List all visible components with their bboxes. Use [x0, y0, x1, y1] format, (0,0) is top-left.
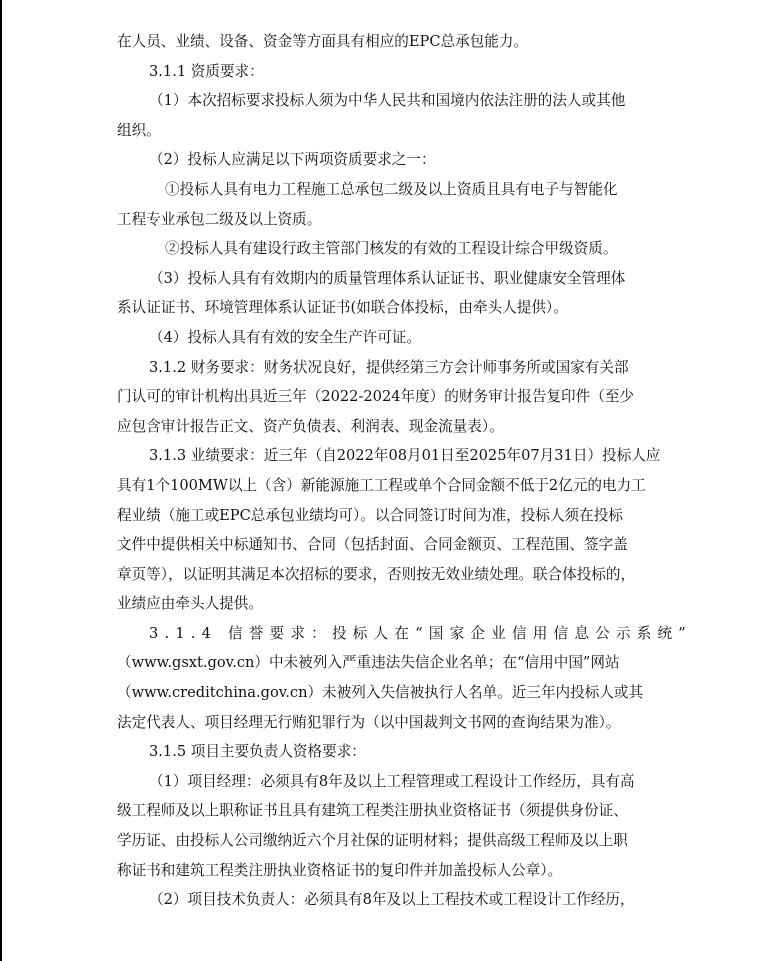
text-line: ②投标人具有建设行政主管部门核发的有效的工程设计综合甲级资质。 [117, 234, 653, 264]
text-line: 业绩应由牵头人提供。 [117, 589, 653, 619]
document-page: 在人员、业绩、设备、资金等方面具有相应的EPC总承包能力。 3.1.1 资质要求… [117, 27, 653, 915]
text-line: 系认证证书、环境管理体系认证证书(如联合体投标，由牵头人提供）。 [117, 293, 653, 323]
text-line: 工程专业承包二级及以上资质。 [117, 205, 653, 235]
text-line: （2）项目技术负责人：必须具有8年及以上工程技术或工程设计工作经历， [117, 885, 653, 915]
text-line: （3）投标人具有有效期内的质量管理体系认证证书、职业健康安全管理体 [117, 264, 653, 294]
text-line: 称证书和建筑工程类注册执业资格证书的复印件并加盖投标人公章）。 [117, 856, 653, 886]
text-line: （1）项目经理：必须具有8年及以上工程管理或工程设计工作经历，具有高 [117, 767, 653, 797]
section-heading-3-1-2: 3.1.2 财务要求：财务状况良好，提供经第三方会计师事务所或国家有关部 [117, 353, 653, 383]
text-line: 具有1个100MW以上（含）新能源施工工程或单个合同金额不低于2亿元的电力工 [117, 471, 653, 501]
text-line: （1）本次招标要求投标人须为中华人民共和国境内依法注册的法人或其他 [117, 86, 653, 116]
text-line: （www.gsxt.gov.cn）中未被列入严重违法失信企业名单；在“信用中国”… [117, 648, 653, 678]
text-line: 文件中提供相关中标通知书、合同（包括封面、合同金额页、工程范围、签字盖 [117, 530, 653, 560]
text-line: 章页等），以证明其满足本次招标的要求，否则按无效业绩处理。联合体投标的， [117, 560, 653, 590]
text-line: 法定代表人、项目经理无行贿犯罪行为（以中国裁判文书网的查询结果为准）。 [117, 708, 653, 738]
text-line: 门认可的审计机构出具近三年（2022-2024年度）的财务审计报告复印件（至少 [117, 382, 653, 412]
text-line: 学历证、由投标人公司缴纳近六个月社保的证明材料；提供高级工程师及以上职 [117, 826, 653, 856]
text-line: 程业绩（施工或EPC总承包业绩均可）。以合同签订时间为准，投标人须在投标 [117, 501, 653, 531]
text-line: 应包含审计报告正文、资产负债表、利润表、现金流量表）。 [117, 412, 653, 442]
text-line: （www.creditchina.gov.cn）未被列入失信被执行人名单。近三年… [117, 678, 653, 708]
text-line: （2）投标人应满足以下两项资质要求之一： [117, 145, 653, 175]
section-heading-3-1-3: 3.1.3 业绩要求：近三年（自2022年08月01日至2025年07月31日）… [117, 441, 653, 471]
section-heading-3-1-1: 3.1.1 资质要求： [117, 57, 653, 87]
text-line: 在人员、业绩、设备、资金等方面具有相应的EPC总承包能力。 [117, 27, 653, 57]
section-heading-3-1-4: 3.1.4 信誉要求：投标人在“国家企业信用信息公示系统” [117, 619, 653, 649]
section-heading-3-1-5: 3.1.5 项目主要负责人资格要求： [117, 737, 653, 767]
text-line: 级工程师及以上职称证书且具有建筑工程类注册执业资格证书（须提供身份证、 [117, 796, 653, 826]
page-left-border [0, 0, 2, 961]
text-line: 组织。 [117, 116, 653, 146]
text-line: （4）投标人具有有效的安全生产许可证。 [117, 323, 653, 353]
text-line: ①投标人具有电力工程施工总承包二级及以上资质且具有电子与智能化 [117, 175, 653, 205]
